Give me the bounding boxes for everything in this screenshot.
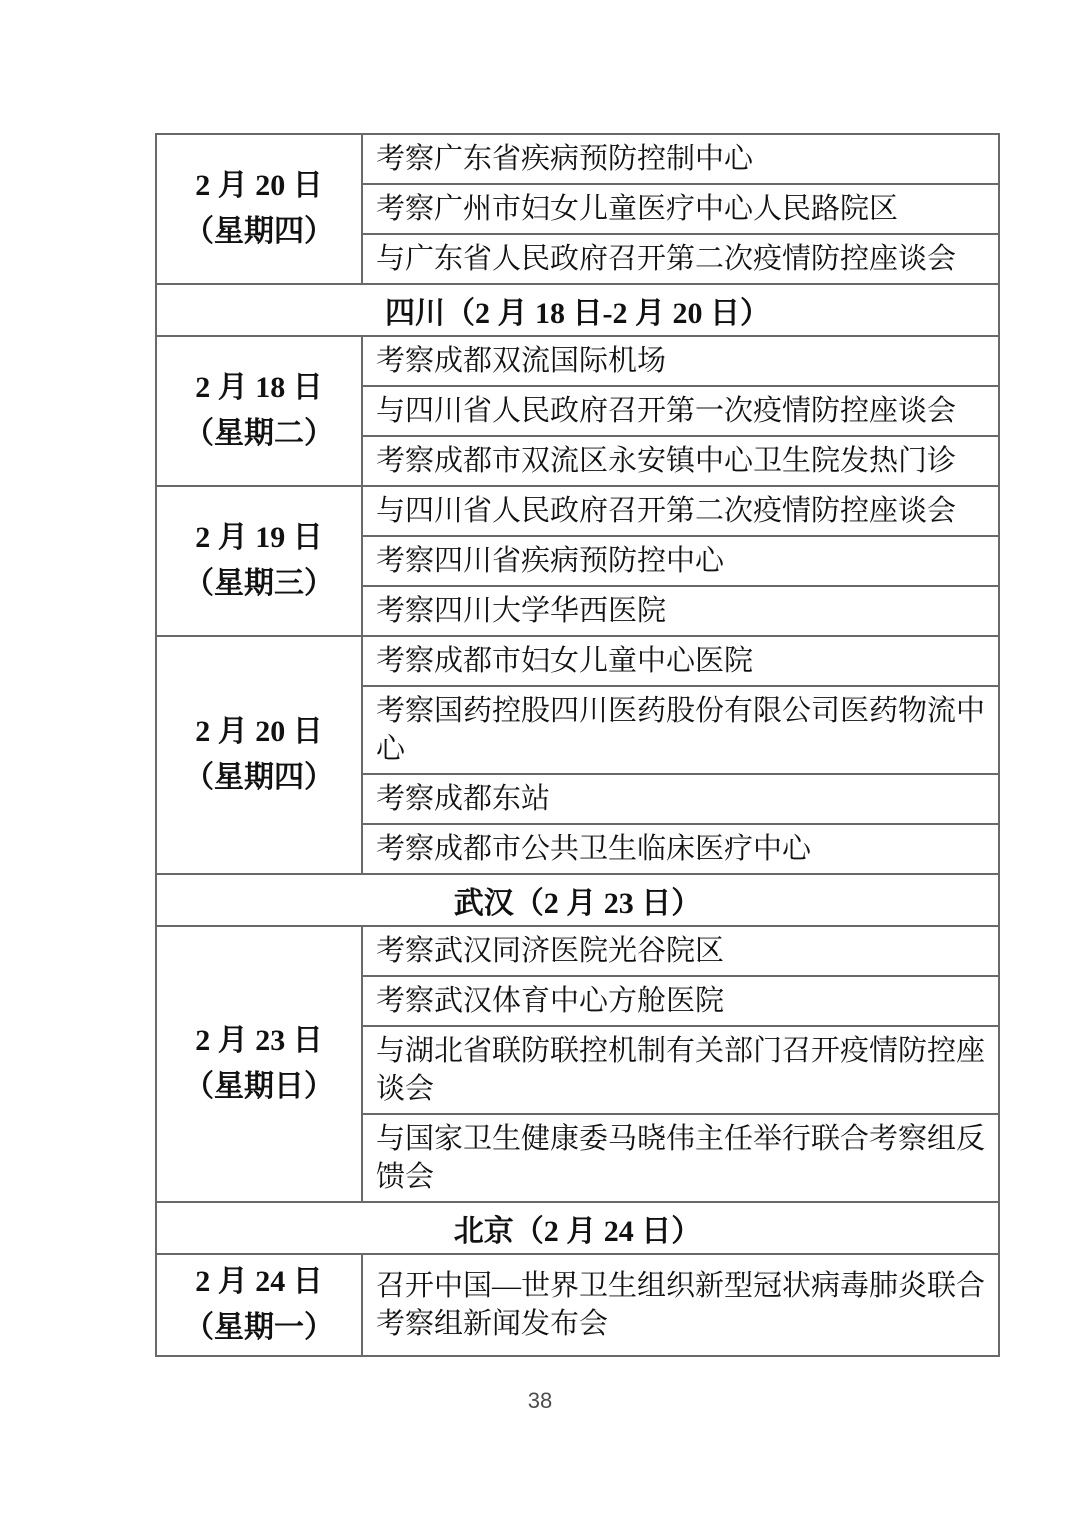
activity-cell: 考察广州市妇女儿童医疗中心人民路院区 [362, 184, 999, 234]
date-text: 2 月 23 日 [159, 1018, 359, 1064]
table-row: 2 月 20 日 （星期四） 考察广东省疾病预防控制中心 [156, 134, 999, 184]
activity-cell: 与四川省人民政府召开第一次疫情防控座谈会 [362, 386, 999, 436]
weekday-text: （星期四） [159, 209, 359, 255]
date-text: 2 月 18 日 [159, 365, 359, 411]
table-row: 2 月 18 日 （星期二） 考察成都双流国际机场 [156, 336, 999, 386]
date-text: 2 月 20 日 [159, 709, 359, 755]
activity-cell: 与湖北省联防联控机制有关部门召开疫情防控座谈会 [362, 1026, 999, 1114]
date-text: 2 月 24 日 [159, 1259, 359, 1305]
activity-cell: 考察四川省疾病预防控中心 [362, 536, 999, 586]
activity-cell: 与广东省人民政府召开第二次疫情防控座谈会 [362, 234, 999, 284]
table-row: 2 月 20 日 （星期四） 考察成都市妇女儿童中心医院 [156, 636, 999, 686]
document-page: 2 月 20 日 （星期四） 考察广东省疾病预防控制中心 考察广州市妇女儿童医疗… [0, 0, 1080, 1527]
date-cell: 2 月 19 日 （星期三） [156, 486, 362, 636]
activity-cell: 考察四川大学华西医院 [362, 586, 999, 636]
table-row: 四川（2 月 18 日-2 月 20 日） [156, 284, 999, 336]
table-row: 2 月 24 日 （星期一） 召开中国—世界卫生组织新型冠状病毒肺炎联合考察组新… [156, 1254, 999, 1356]
table-row: 北京（2 月 24 日） [156, 1202, 999, 1254]
activity-cell: 考察成都市公共卫生临床医疗中心 [362, 824, 999, 874]
table-row: 2 月 19 日 （星期三） 与四川省人民政府召开第二次疫情防控座谈会 [156, 486, 999, 536]
section-header-cell: 北京（2 月 24 日） [156, 1202, 999, 1254]
activity-cell: 与四川省人民政府召开第二次疫情防控座谈会 [362, 486, 999, 536]
date-text: 2 月 20 日 [159, 163, 359, 209]
activity-cell: 召开中国—世界卫生组织新型冠状病毒肺炎联合考察组新闻发布会 [362, 1254, 999, 1356]
section-header-cell: 四川（2 月 18 日-2 月 20 日） [156, 284, 999, 336]
activity-cell: 考察武汉体育中心方舱医院 [362, 976, 999, 1026]
activity-cell: 考察广东省疾病预防控制中心 [362, 134, 999, 184]
weekday-text: （星期四） [159, 755, 359, 801]
table-row: 武汉（2 月 23 日） [156, 874, 999, 926]
activity-cell: 考察成都双流国际机场 [362, 336, 999, 386]
activity-cell: 与国家卫生健康委马晓伟主任举行联合考察组反馈会 [362, 1114, 999, 1202]
date-text: 2 月 19 日 [159, 515, 359, 561]
date-cell: 2 月 20 日 （星期四） [156, 134, 362, 284]
table-row: 2 月 23 日 （星期日） 考察武汉同济医院光谷院区 [156, 926, 999, 976]
weekday-text: （星期日） [159, 1064, 359, 1110]
activity-cell: 考察成都市双流区永安镇中心卫生院发热门诊 [362, 436, 999, 486]
date-cell: 2 月 23 日 （星期日） [156, 926, 362, 1202]
page-number: 38 [0, 1388, 1080, 1414]
activity-cell: 考察成都东站 [362, 774, 999, 824]
activity-cell: 考察国药控股四川医药股份有限公司医药物流中心 [362, 686, 999, 774]
weekday-text: （星期三） [159, 561, 359, 607]
date-cell: 2 月 20 日 （星期四） [156, 636, 362, 874]
weekday-text: （星期二） [159, 411, 359, 457]
date-cell: 2 月 18 日 （星期二） [156, 336, 362, 486]
section-header-cell: 武汉（2 月 23 日） [156, 874, 999, 926]
date-cell: 2 月 24 日 （星期一） [156, 1254, 362, 1356]
itinerary-table: 2 月 20 日 （星期四） 考察广东省疾病预防控制中心 考察广州市妇女儿童医疗… [155, 133, 1000, 1357]
activity-cell: 考察成都市妇女儿童中心医院 [362, 636, 999, 686]
activity-cell: 考察武汉同济医院光谷院区 [362, 926, 999, 976]
weekday-text: （星期一） [159, 1305, 359, 1351]
